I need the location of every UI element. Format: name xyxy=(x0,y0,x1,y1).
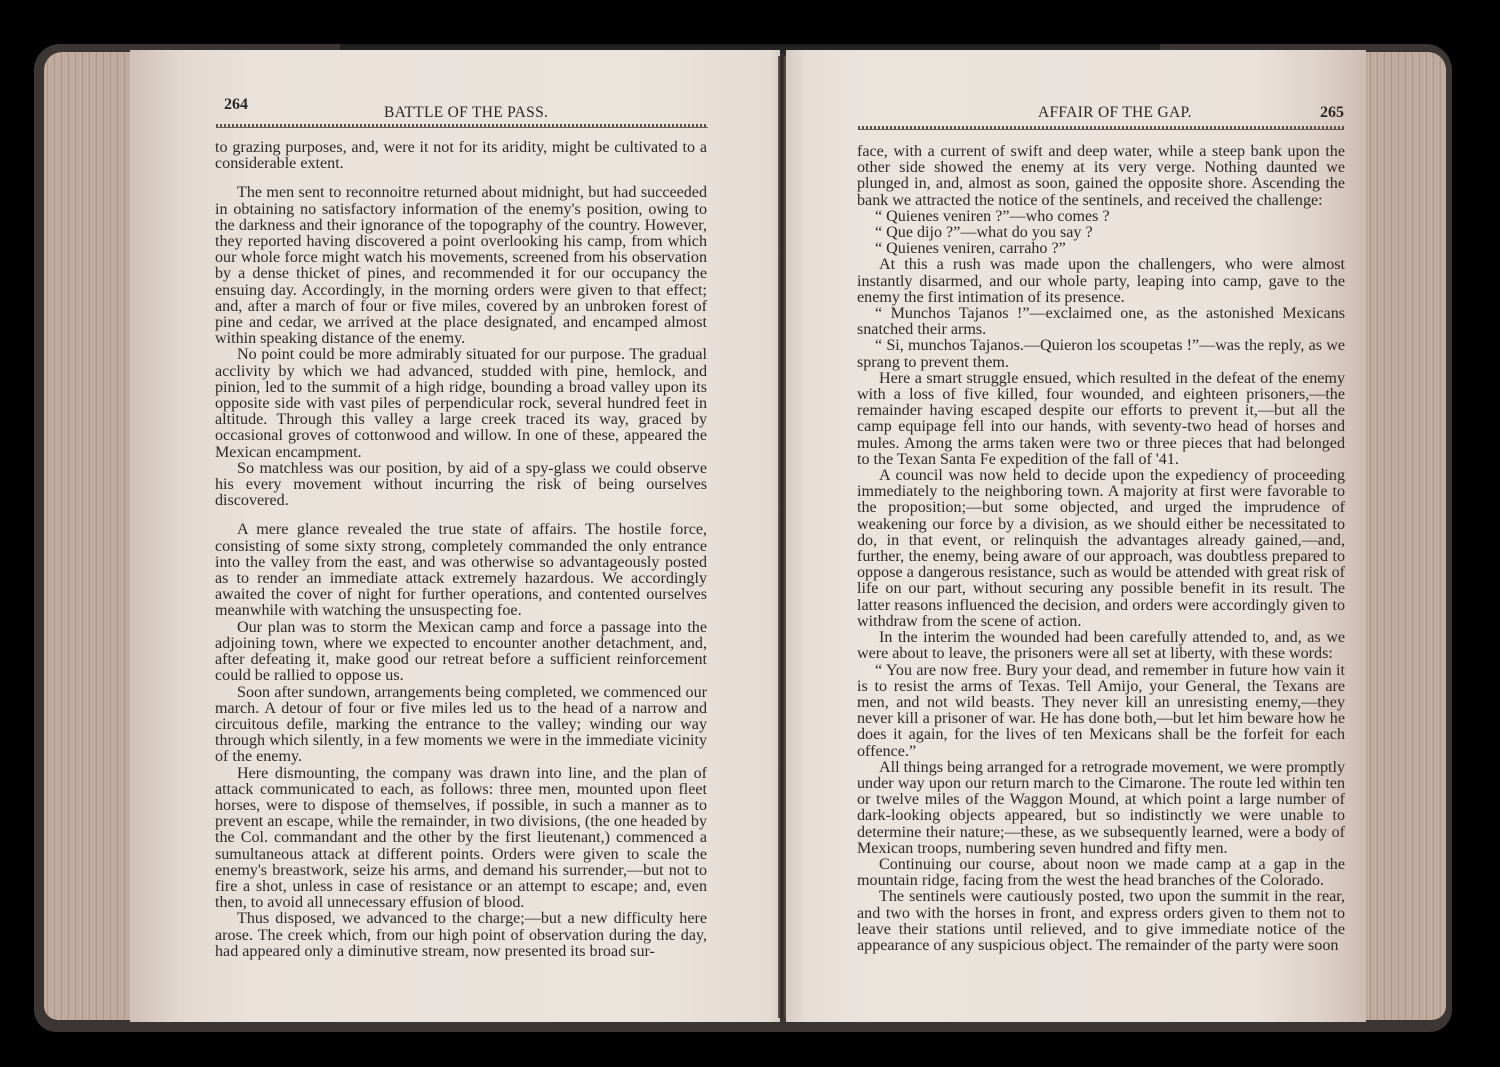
paragraph: A council was now held to decide upon th… xyxy=(857,468,1345,630)
dialogue-line: “ Si, munchos Tajanos.—Quieron los scoup… xyxy=(857,338,1345,370)
paragraph: All things being arranged for a retrogra… xyxy=(857,760,1345,857)
paragraph: Here dismounting, the company was drawn … xyxy=(215,766,707,912)
left-running-head: BATTLE OF THE PASS. xyxy=(384,104,548,122)
right-page-number: 265 xyxy=(1320,104,1344,122)
paragraph: A mere glance revealed the true state of… xyxy=(215,522,707,619)
paragraph: No point could be more admirably situate… xyxy=(215,347,707,460)
book-gutter xyxy=(778,56,786,1018)
paragraph: Here a smart struggle ensued, which resu… xyxy=(857,371,1345,468)
dialogue-line: “ Munchos Tajanos !”—exclaimed one, as t… xyxy=(857,306,1345,338)
paragraph: Thus disposed, we advanced to the charge… xyxy=(215,911,707,960)
quotation: “ You are now free. Bury your dead, and … xyxy=(857,663,1345,760)
page-block-left-edge xyxy=(44,52,136,1020)
right-page-body: face, with a current of swift and deep w… xyxy=(857,144,1345,954)
right-running-head: AFFAIR OF THE GAP. xyxy=(1038,104,1192,122)
dialogue-line: “ Quienes veniren, carraho ?” xyxy=(857,241,1345,257)
dialogue-line: “ Quienes veniren ?”—who comes ? xyxy=(857,209,1345,225)
paragraph: The men sent to reconnoitre returned abo… xyxy=(215,185,707,347)
dialogue-line: “ Que dijo ?”—what do you say ? xyxy=(857,225,1345,241)
paragraph: Continuing our course, about noon we mad… xyxy=(857,857,1345,889)
left-page-number: 264 xyxy=(224,96,248,114)
paragraph: At this a rush was made upon the challen… xyxy=(857,257,1345,306)
paragraph: Soon after sundown, arrangements being c… xyxy=(215,685,707,766)
paragraph: Our plan was to storm the Mexican camp a… xyxy=(215,620,707,685)
paragraph: to grazing purposes, and, were it not fo… xyxy=(215,140,707,172)
left-header-rule xyxy=(216,124,708,128)
paragraph: face, with a current of swift and deep w… xyxy=(857,144,1345,209)
right-header-rule xyxy=(858,126,1344,130)
paragraph: The sentinels were cautiously posted, tw… xyxy=(857,889,1345,954)
paragraph: In the interim the wounded had been care… xyxy=(857,630,1345,662)
paragraph: So matchless was our position, by aid of… xyxy=(215,461,707,510)
left-page-body: to grazing purposes, and, were it not fo… xyxy=(215,140,707,960)
page-block-right-edge xyxy=(1360,52,1446,1020)
